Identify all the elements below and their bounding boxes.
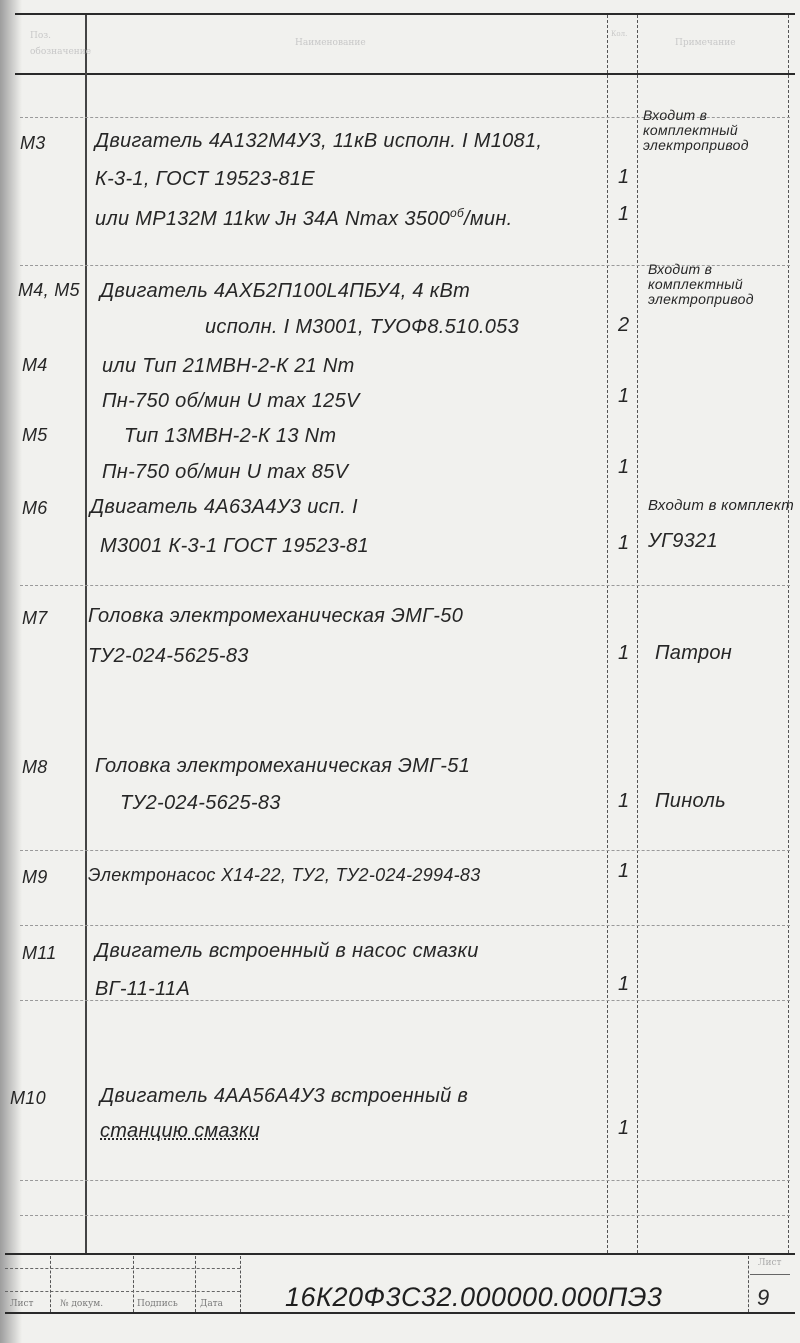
col-divider-name xyxy=(607,15,608,1253)
item-line: ТУ2-024-5625-83 xyxy=(88,645,249,668)
item-line: или Тип 21МВН-2-К 21 Nm xyxy=(102,355,355,378)
row-line xyxy=(20,585,790,586)
qty: 1 xyxy=(618,1117,629,1140)
row-line xyxy=(20,850,790,851)
note: УГ9321 xyxy=(648,530,718,553)
document-code: 16К20Ф3С32.000000.000ПЭ3 xyxy=(285,1282,662,1313)
ref-m3: M3 xyxy=(20,133,46,154)
qty: 2 xyxy=(618,314,629,337)
tb-label-signature: Подпись xyxy=(137,1299,178,1309)
note: Входит в комплектный электропривод xyxy=(643,108,793,153)
header-bottom-rule xyxy=(15,73,795,75)
qty: 1 xyxy=(618,642,629,665)
header-qty-column: Кол. xyxy=(611,30,635,38)
col-divider-ref xyxy=(85,15,87,1253)
item-line: исполн. I M3001, ТУОФ8.510.053 xyxy=(205,316,519,339)
item-line: Двигатель 4АХБ2П100L4ПБУ4, 4 кВт xyxy=(100,280,470,303)
item-line: Двигатель 4А132М4У3, 11кВ исполн. I M108… xyxy=(95,130,542,153)
item-line: Головка электромеханическая ЭМГ-50 xyxy=(88,605,463,628)
item-line: Пн-750 об/мин U max 125V xyxy=(102,390,360,413)
tb-sheet-label: Лист xyxy=(758,1258,782,1268)
note: Входит в комплект xyxy=(648,498,798,513)
note: Входит в комплектный электропривод xyxy=(648,262,793,307)
qty: 1 xyxy=(618,166,629,189)
ref-m6: M6 xyxy=(22,498,48,519)
unit-suffix: /мин. xyxy=(464,208,512,230)
tb-divider xyxy=(50,1256,51,1312)
row-line xyxy=(20,1215,790,1216)
item-line: Двигатель 4АА56А4У3 встроенный в xyxy=(100,1085,468,1108)
qty: 1 xyxy=(618,203,629,226)
ref-m5: M5 xyxy=(22,425,48,446)
tb-row-line xyxy=(5,1268,240,1269)
ref-m11: M11 xyxy=(22,943,57,964)
header-note-column: Примечание xyxy=(675,38,736,48)
ref-m9: M9 xyxy=(22,867,48,888)
qty: 1 xyxy=(618,973,629,996)
header-name-column: Наименование xyxy=(295,38,366,48)
note: Пиноль xyxy=(655,790,726,813)
item-line: Электронасос Х14-22, ТУ2, ТУ2-024-2994-8… xyxy=(88,865,481,886)
col-divider-right xyxy=(788,15,789,1253)
row-line xyxy=(20,925,790,926)
item-line: Двигатель встроенный в насос смазки xyxy=(95,940,479,963)
note: Патрон xyxy=(655,642,732,665)
qty: 1 xyxy=(618,385,629,408)
ref-m4-m5: M4, M5 xyxy=(18,280,80,301)
item-line: Тип 13МВН-2-К 13 Nm xyxy=(124,425,336,448)
item-line: Двигатель 4А63А4У3 исп. I xyxy=(90,496,358,519)
item-line: М3001 К-3-1 ГОСТ 19523-81 xyxy=(100,535,369,558)
header-top-rule xyxy=(15,13,795,15)
title-block-top-rule xyxy=(5,1253,795,1255)
tb-divider xyxy=(748,1256,749,1312)
tb-divider xyxy=(133,1256,134,1312)
ref-m4: M4 xyxy=(22,355,48,376)
row-line xyxy=(20,1180,790,1181)
item-line: Головка электромеханическая ЭМГ-51 xyxy=(95,755,470,778)
ref-m10: M10 xyxy=(10,1088,46,1109)
item-line: ТУ2-024-5625-83 xyxy=(120,792,281,815)
tb-sheet-line xyxy=(750,1274,790,1275)
sheet-number: 9 xyxy=(757,1285,769,1311)
tb-divider xyxy=(195,1256,196,1312)
ref-m7: M7 xyxy=(22,608,48,629)
item-line: ВГ-11-11А xyxy=(95,978,190,1001)
tb-row-line xyxy=(5,1291,240,1292)
qty: 1 xyxy=(618,532,629,555)
tb-label-date: Дата xyxy=(200,1299,223,1309)
item-line: или МР132М 11kw Jн 34А Nmax 3500об/мин. xyxy=(95,206,513,231)
item-line: К-3-1, ГОСТ 19523-81Е xyxy=(95,168,315,191)
tb-divider xyxy=(240,1256,241,1312)
qty: 1 xyxy=(618,456,629,479)
qty: 1 xyxy=(618,790,629,813)
ref-m8: M8 xyxy=(22,757,48,778)
item-text: или МР132М 11kw Jн 34А Nmax 3500 xyxy=(95,208,450,230)
tb-label-doc-no: № докум. xyxy=(60,1299,103,1309)
tb-label-sheet: Лист xyxy=(10,1299,34,1309)
item-line: станцию смазки xyxy=(100,1120,260,1143)
header-ref-column: Поз. обозначение xyxy=(30,28,80,60)
superscript: об xyxy=(450,206,464,220)
qty: 1 xyxy=(618,860,629,883)
col-divider-qty xyxy=(637,15,638,1253)
item-line: Пн-750 об/мин U max 85V xyxy=(102,461,348,484)
